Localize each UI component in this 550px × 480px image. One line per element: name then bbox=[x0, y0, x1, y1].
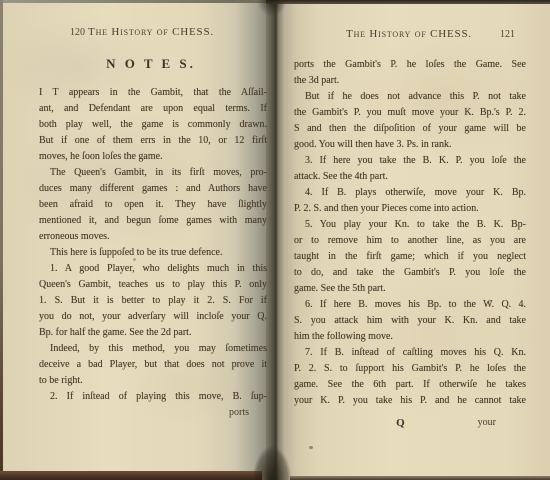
text-line: ports the Gambit's P. he loſes the Game.… bbox=[294, 57, 526, 73]
gutter-shadow bbox=[252, 0, 292, 26]
right-text-column: ports the Gambit's P. he loſes the Game.… bbox=[294, 57, 526, 409]
text-line: 1. S. But it is better to play it 2. S. … bbox=[39, 293, 267, 309]
right-page-number: 121 bbox=[500, 29, 515, 40]
text-line: I T appears in the Gambit, that the Aſſa… bbox=[39, 85, 267, 101]
text-line: Indeed, by this method, you may ſometime… bbox=[39, 341, 267, 357]
text-line: you do not, your adverſary will incloſe … bbox=[39, 309, 267, 325]
text-line: 5. You play your Kn. to take the B. K. B… bbox=[294, 217, 526, 233]
text-line: erroneous moves. bbox=[39, 229, 267, 245]
right-running-title: The History of CHESS. bbox=[293, 28, 525, 40]
text-line: 7. If B. inſtead of caſtling moves his Q… bbox=[294, 345, 526, 361]
right-signature-row: Q your bbox=[294, 415, 526, 431]
text-line: him the following move. bbox=[294, 329, 526, 345]
text-line: But if he does not advance this P. not t… bbox=[294, 89, 526, 105]
right-running-head: The History of CHESS. 121 bbox=[293, 28, 525, 42]
page-bottom-edge bbox=[290, 476, 550, 480]
page-top-edge bbox=[0, 0, 266, 3]
text-line: the Gambit's P. you muſt move your K. Bp… bbox=[294, 105, 526, 121]
text-line: deceive a bad Player, but that does not … bbox=[39, 357, 267, 373]
text-line: P. 2. S. and then your Pieces come into … bbox=[294, 201, 526, 217]
section-heading: N O T E S. bbox=[38, 56, 264, 72]
text-line: duces many different games : and Authors… bbox=[39, 181, 267, 197]
paper-speck bbox=[309, 446, 313, 449]
text-line: This here is ſuppoſed to be its true def… bbox=[39, 245, 267, 261]
signature-mark: Q bbox=[396, 415, 405, 431]
text-line: to do, and take the Gambit's P. you loſe… bbox=[294, 265, 526, 281]
text-line: your K. P. you take his P. and he cannot… bbox=[294, 393, 526, 409]
text-line: the 3d part. bbox=[294, 73, 526, 89]
left-catchword-row: ports bbox=[39, 405, 267, 421]
text-line: mentioned it, and begun ſome games with … bbox=[39, 213, 267, 229]
text-line: game. See the 5th part. bbox=[294, 281, 526, 297]
text-line: moves, he ſoon loſes the game. bbox=[39, 149, 267, 165]
text-line: S and then the diſpoſition of your game … bbox=[294, 121, 526, 137]
text-line: both play well, the game is commonly dra… bbox=[39, 117, 267, 133]
left-page-number: 120 bbox=[70, 27, 85, 38]
text-line: Queen's Gambit, teaches us to play this … bbox=[39, 277, 267, 293]
text-line: 2. If inſtead of playing this move, B. ſ… bbox=[39, 389, 267, 405]
book-photo: 120 The History of CHESS. N O T E S. I T… bbox=[0, 0, 550, 480]
text-line: 4. If B. plays otherwiſe, move your K. B… bbox=[294, 185, 526, 201]
left-text-column: I T appears in the Gambit, that the Aſſa… bbox=[39, 85, 267, 405]
gutter-shadow bbox=[248, 430, 296, 480]
text-line: or to remove him to another line, as you… bbox=[294, 233, 526, 249]
text-line: been afraid to open it. They have ſlight… bbox=[39, 197, 267, 213]
book-cover-edge bbox=[0, 471, 262, 480]
text-line: game. See the 6th part. If otherwiſe he … bbox=[294, 377, 526, 393]
text-line: 3. If here you take the B. K. P. you loſ… bbox=[294, 153, 526, 169]
book-cover-edge bbox=[0, 0, 3, 480]
text-line: But if one of them errs in the 10, or 12… bbox=[39, 133, 267, 149]
text-line: taught in the firſt game; which if you n… bbox=[294, 249, 526, 265]
book-gutter bbox=[266, 0, 284, 480]
text-line: Bp. for half the game. See the 2d part. bbox=[39, 325, 267, 341]
text-line: good. You will then have 3. Ps. in rank. bbox=[294, 137, 526, 153]
page-top-edge bbox=[266, 0, 550, 4]
text-line: ant, and Defendant are upon equal terms.… bbox=[39, 101, 267, 117]
text-line: 6. If here B. moves his Bp. to the W. Q.… bbox=[294, 297, 526, 313]
left-running-head: 120 The History of CHESS. bbox=[38, 26, 264, 40]
catchword: ports bbox=[39, 405, 267, 421]
text-line: 1. A good Player, who delights much in t… bbox=[39, 261, 267, 277]
catchword: your bbox=[478, 415, 496, 431]
text-line: to be right. bbox=[39, 373, 267, 389]
text-line: attack. See the 4th part. bbox=[294, 169, 526, 185]
text-line: P. 2. S. to ſupport his Gambit's P. he l… bbox=[294, 361, 526, 377]
text-line: The Queen's Gambit, in its firſt moves, … bbox=[39, 165, 267, 181]
text-line: S. you attack him with your K. Kn. and t… bbox=[294, 313, 526, 329]
